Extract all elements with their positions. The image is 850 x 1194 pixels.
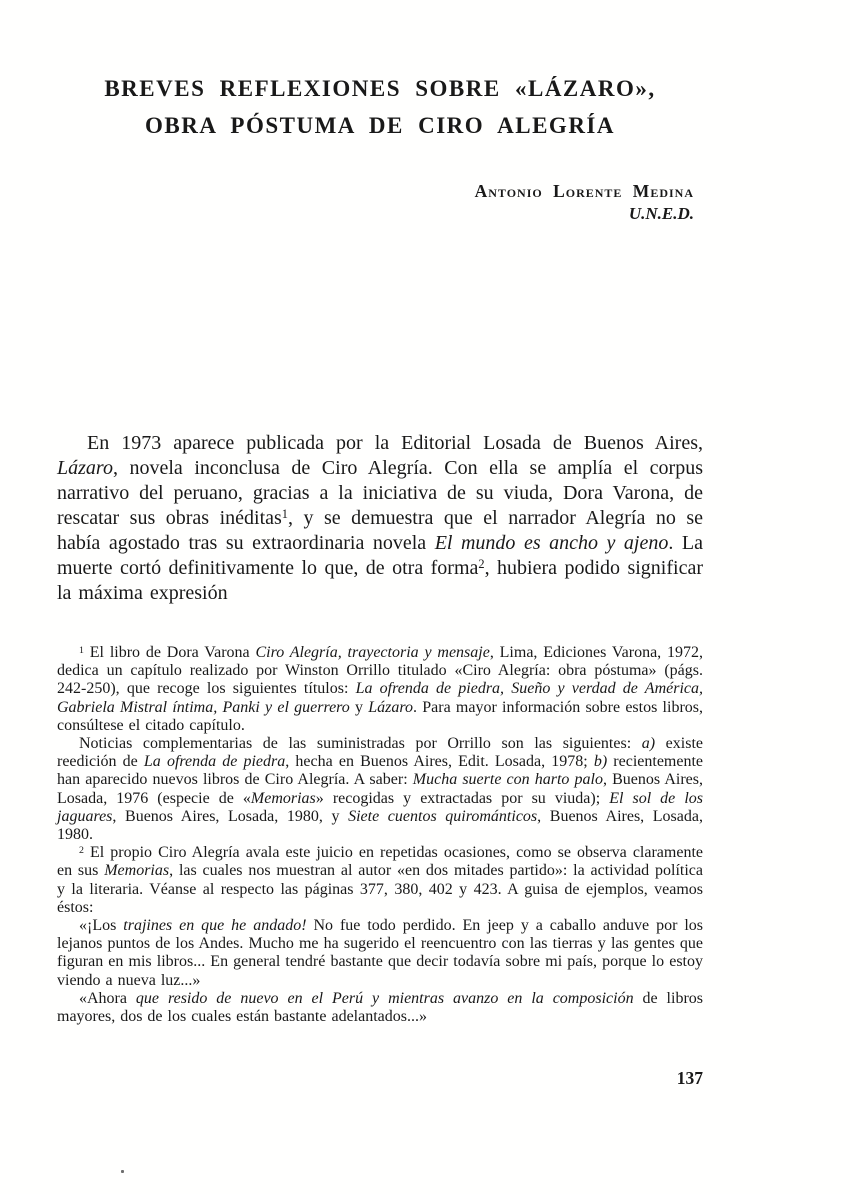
scan-artifact-dot: [121, 1170, 124, 1173]
body-paragraph: En 1973 aparece publicada por la Editori…: [57, 431, 703, 606]
footnote-2-paragraph-1: 2 El propio Ciro Alegría avala este juic…: [57, 844, 703, 917]
author-name: Antonio Lorente Medina: [57, 180, 694, 203]
footnotes-section: 1 El libro de Dora Varona Ciro Alegría, …: [57, 644, 703, 1026]
article-title-line1: BREVES REFLEXIONES SOBRE «LÁZARO»,: [57, 70, 703, 107]
author-affiliation: U.N.E.D.: [57, 203, 694, 225]
byline: Antonio Lorente Medina U.N.E.D.: [57, 180, 694, 225]
footnote-1-paragraph-1: 1 El libro de Dora Varona Ciro Alegría, …: [57, 644, 703, 735]
document-page: BREVES REFLEXIONES SOBRE «LÁZARO», OBRA …: [0, 0, 850, 1194]
page-number: 137: [57, 1068, 703, 1089]
footnote-2-quote-2: «Ahora que resido de nuevo en el Perú y …: [57, 990, 703, 1026]
article-title: BREVES REFLEXIONES SOBRE «LÁZARO», OBRA …: [57, 70, 703, 144]
article-title-line2: OBRA PÓSTUMA DE CIRO ALEGRÍA: [57, 107, 703, 144]
footnote-2-quote-1: «¡Los trajines en que he andado! No fue …: [57, 917, 703, 990]
footnote-1-paragraph-2: Noticias complementarias de las suminist…: [57, 735, 703, 844]
